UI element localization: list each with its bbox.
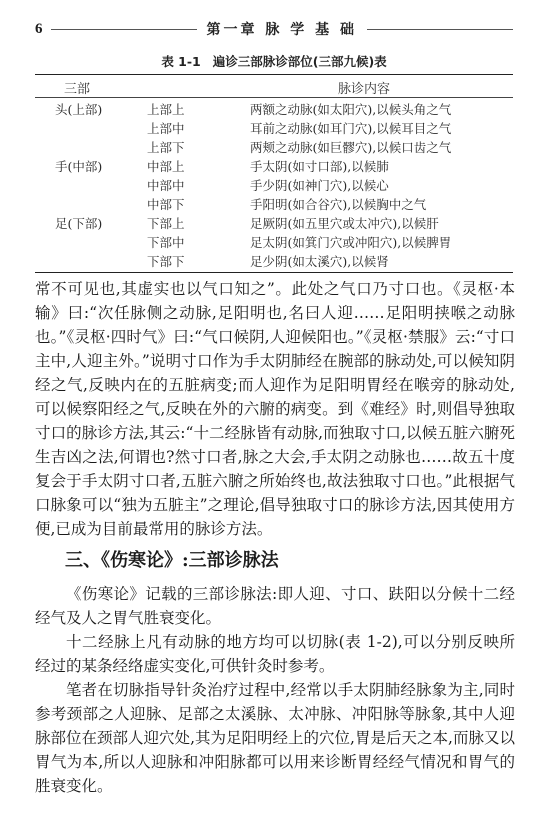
cell-content: 手太阴(如寸口部),以候肺 [250,157,389,175]
cell-content: 足太阴(如箕门穴或冲阳穴),以候脾胃 [250,233,451,251]
table-caption: 表 1-1遍诊三部脉诊部位(三部九候)表 [35,52,513,70]
table-row: 上部下 两颊之动脉(如巨髎穴),以候口齿之气 [0,138,559,157]
table-header-rule [35,97,513,98]
table-row: 中部下 手阳明(如合谷穴),以候胸中之气 [0,195,559,214]
cell-content: 两额之动脉(如太阳穴),以候头角之气 [250,100,451,118]
cell-region: 手(中部) [55,157,102,175]
cell-position: 中部上 [147,157,185,175]
header-rule-left [51,29,197,30]
table-row: 上部中 耳前之动脉(如耳门穴),以候耳目之气 [0,119,559,138]
paragraph: 笔者在切脉指导针灸治疗过程中,经常以手太阴肺经脉象为主,同时参考颈部之人迎脉、足… [35,678,515,798]
page-number: 6 [35,21,43,38]
paragraph: 十二经脉上凡有动脉的地方均可以切脉(表 1-2),可以分别反映所经过的某条经络虚… [35,630,515,678]
cell-region: 头(上部) [55,100,102,118]
table-header-content: 脉诊内容 [338,78,390,97]
running-head: 6 第一章 脉 学 基 础 [35,18,513,40]
paragraph: 《伤寒论》记载的三部诊脉法:即人迎、寸口、趺阳以分候十二经经气及人之胃气胜衰变化… [35,582,515,630]
table-title: 遍诊三部脉诊部位(三部九候)表 [213,54,387,69]
table-header-sanbu: 三部 [64,78,90,97]
cell-position: 下部中 [147,233,185,251]
cell-position: 上部中 [147,119,185,137]
cell-position: 下部上 [147,214,185,232]
table-top-rule [35,74,513,75]
body-text-top: 常不可见也,其虚实也以气口知之”。此处之气口乃寸口也。《灵枢·本输》曰:“次任脉… [35,277,515,541]
body-text-section: 《伤寒论》记载的三部诊脉法:即人迎、寸口、趺阳以分候十二经经气及人之胃气胜衰变化… [35,582,515,798]
cell-content: 足厥阴(如五里穴或太冲穴),以候肝 [250,214,439,232]
cell-position: 中部中 [147,176,185,194]
table-row: 手(中部) 中部上 手太阴(如寸口部),以候肺 [0,157,559,176]
chapter-title: 第一章 脉 学 基 础 [207,19,358,39]
cell-position: 上部下 [147,138,185,156]
paragraph: 常不可见也,其虚实也以气口知之”。此处之气口乃寸口也。《灵枢·本输》曰:“次任脉… [35,277,515,541]
cell-content: 手少阴(如神门穴),以候心 [250,176,389,194]
cell-position: 中部下 [147,195,185,213]
header-rule-right [367,29,513,30]
table-bottom-rule [35,272,513,273]
table-row: 中部中 手少阴(如神门穴),以候心 [0,176,559,195]
cell-content: 手阳明(如合谷穴),以候胸中之气 [250,195,426,213]
table-row: 头(上部) 上部上 两额之动脉(如太阳穴),以候头角之气 [0,100,559,119]
cell-content: 两颊之动脉(如巨髎穴),以候口齿之气 [250,138,451,156]
cell-position: 上部上 [147,100,185,118]
section-heading: 三、《伤寒论》:三部诊脉法 [65,546,279,572]
table-number: 表 1-1 [161,54,200,69]
cell-region: 足(下部) [55,214,102,232]
table-row: 足(下部) 下部上 足厥阴(如五里穴或太冲穴),以候肝 [0,214,559,233]
cell-position: 下部下 [147,252,185,270]
cell-content: 耳前之动脉(如耳门穴),以候耳目之气 [250,119,451,137]
cell-content: 足少阴(如太溪穴),以候肾 [250,252,389,270]
table-row: 下部中 足太阴(如箕门穴或冲阳穴),以候脾胃 [0,233,559,252]
table-row: 下部下 足少阴(如太溪穴),以候肾 [0,252,559,271]
